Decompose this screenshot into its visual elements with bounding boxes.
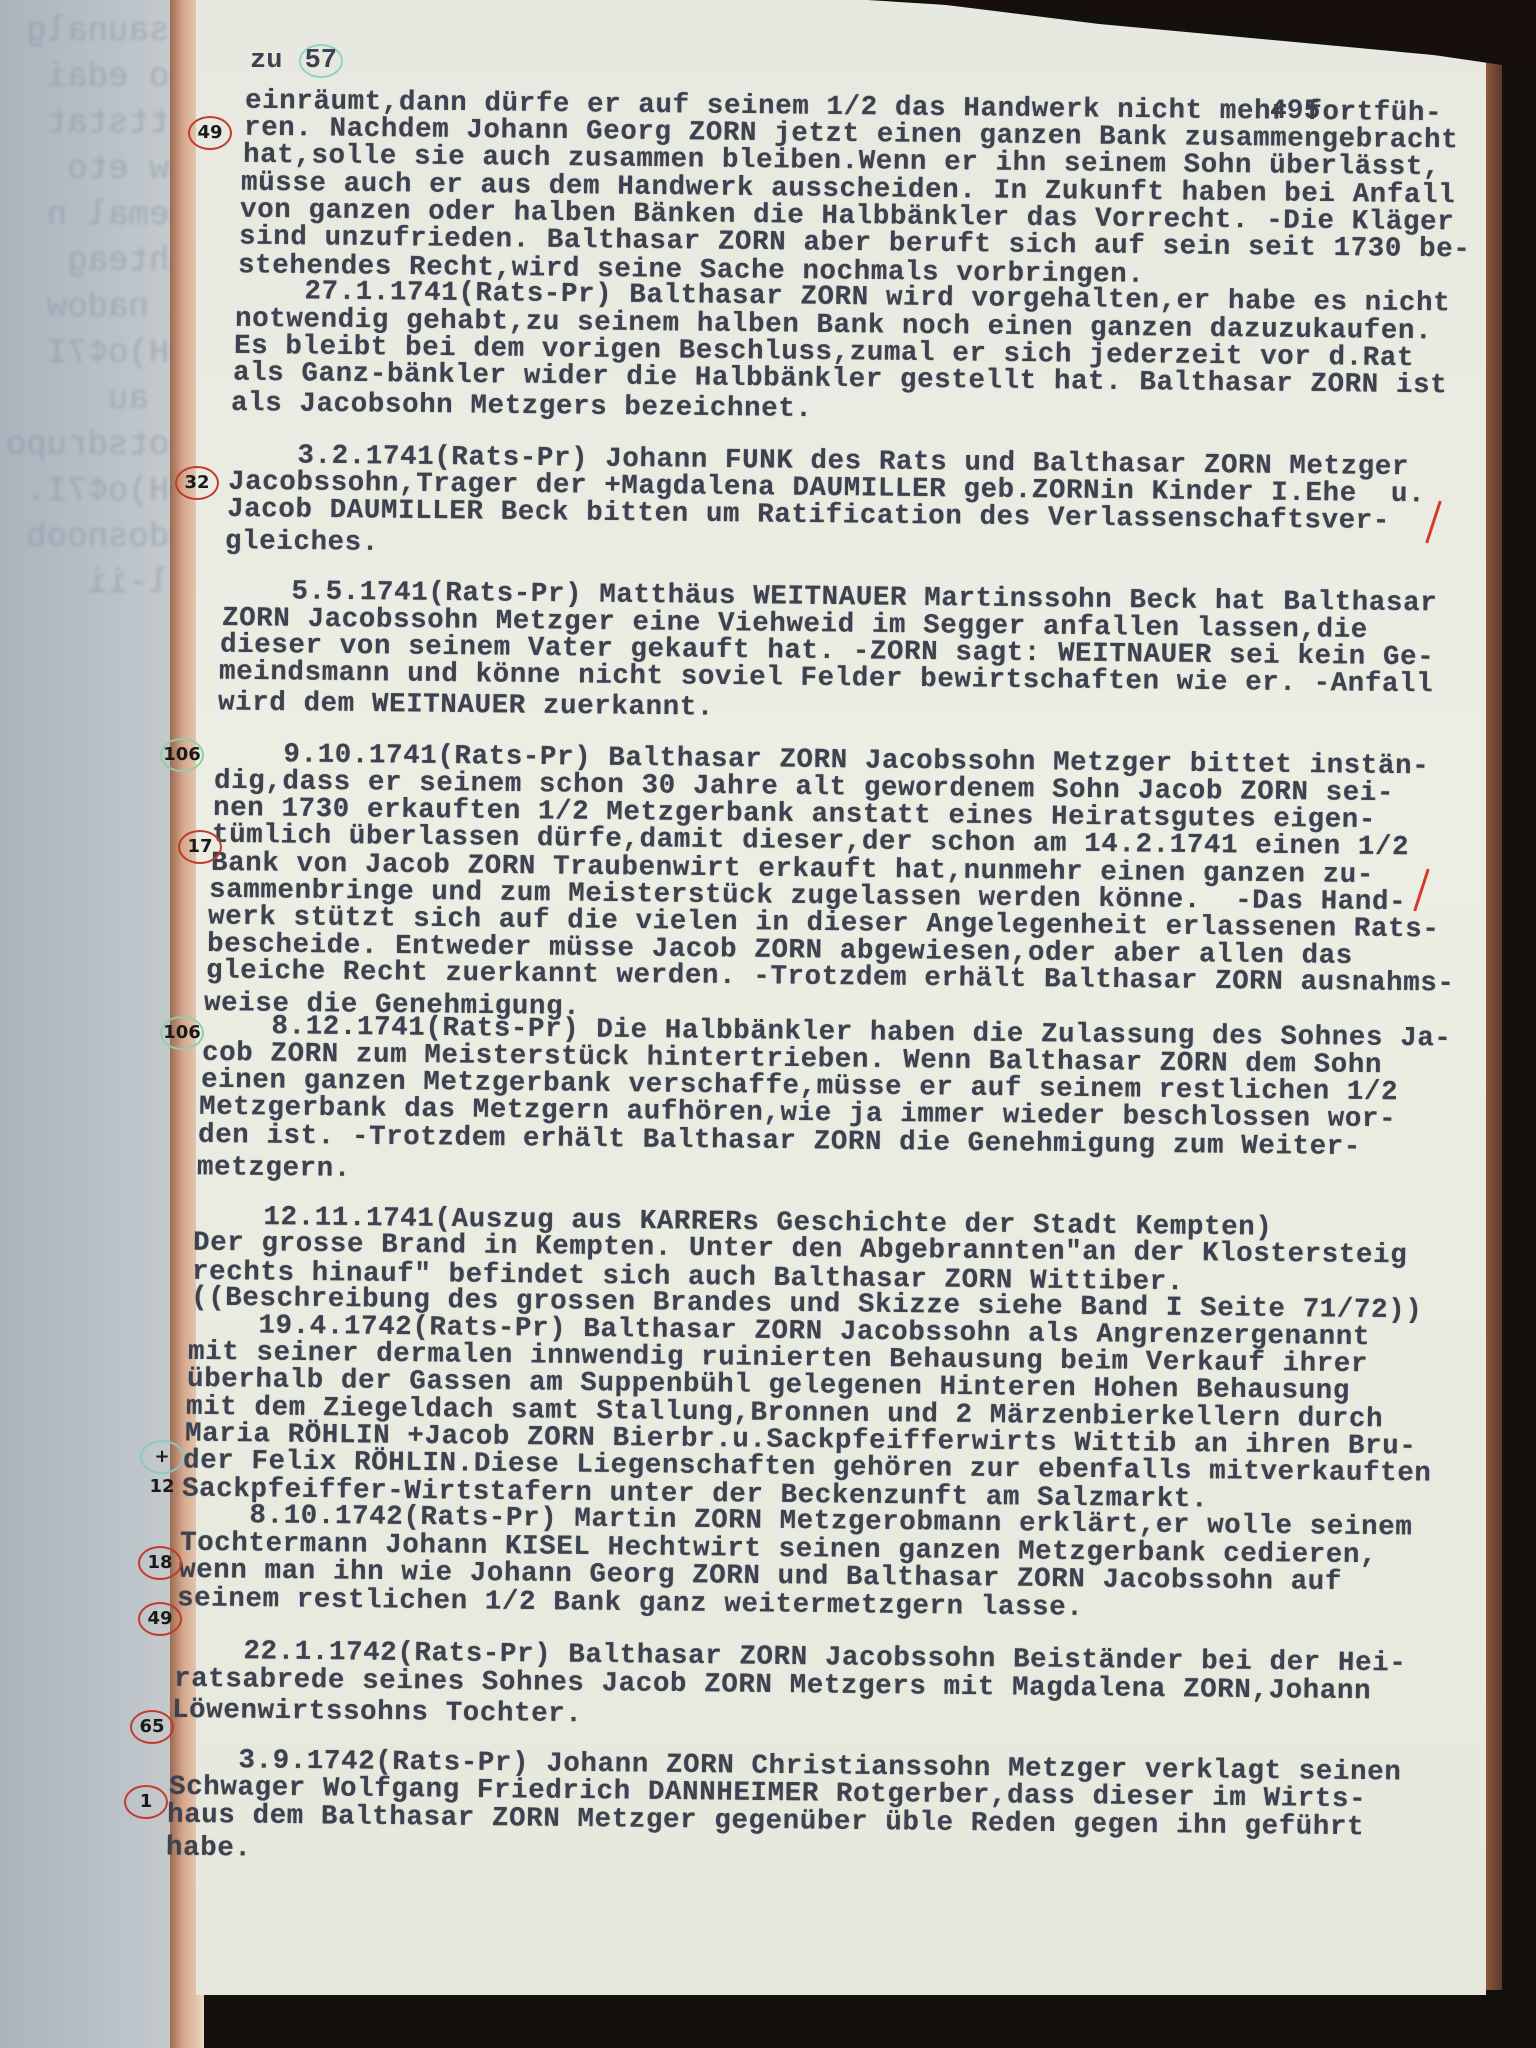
margin-number-annotation: 32 <box>175 466 219 500</box>
reference-header: zu 57 <box>250 44 343 78</box>
margin-number-annotation: 65 <box>130 1710 174 1744</box>
text-line: Löwenwirtssohns Tochter. <box>172 1695 583 1730</box>
page-content: zu 57 495 einräumt,dann dürfe er auf sei… <box>0 0 1536 2048</box>
margin-number-annotation: + 12 <box>140 1440 184 1474</box>
text-line: metzgern. <box>197 1152 351 1185</box>
text-line: gleiches. <box>225 526 379 559</box>
margin-number-annotation: 106 <box>160 738 204 772</box>
margin-number-annotation: 1 <box>124 1785 168 1819</box>
red-check-mark <box>1413 869 1429 912</box>
margin-number-annotation: 17 <box>178 830 222 864</box>
margin-number-annotation: 18 <box>138 1546 182 1580</box>
text-line: wird dem WEITNAUER zuerkannt. <box>218 688 714 724</box>
margin-number-annotation: 49 <box>138 1602 182 1636</box>
text-line: als Jacobsohn Metzgers bezeichnet. <box>231 388 813 425</box>
red-check-mark <box>1425 501 1441 544</box>
text-line: habe. <box>166 1832 252 1864</box>
margin-number-annotation: 106 <box>160 1016 204 1050</box>
reference-number: 57 <box>299 44 343 78</box>
reference-prefix: zu <box>250 46 282 76</box>
margin-number-annotation: 49 <box>188 116 232 150</box>
